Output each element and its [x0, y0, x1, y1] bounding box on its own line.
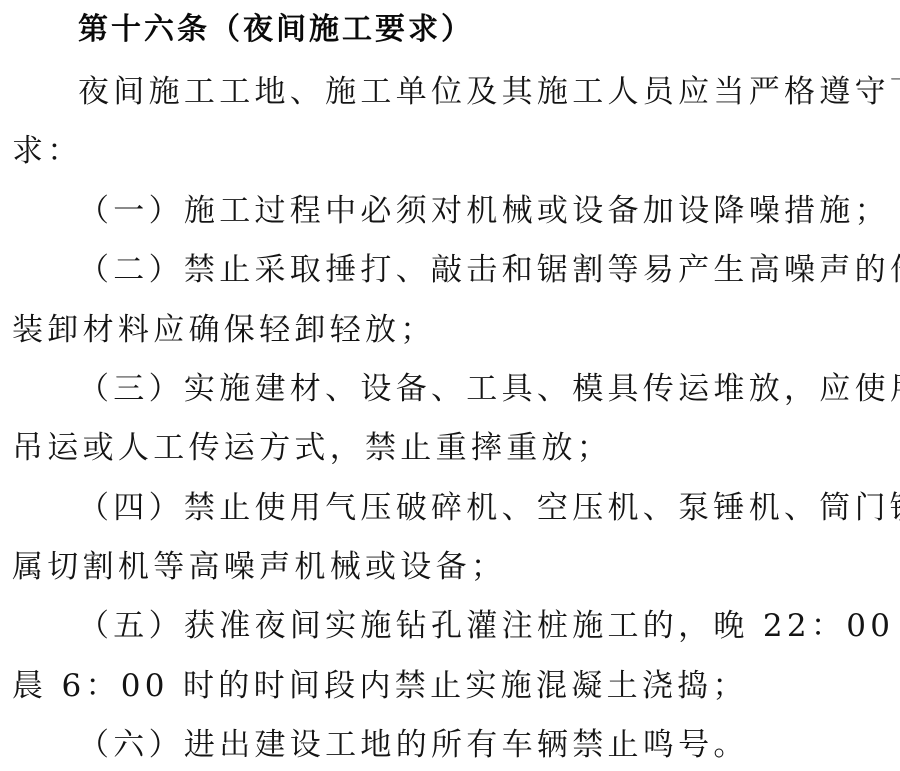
item-4-line-2: 属切割机等高噪声机械或设备； — [12, 547, 506, 587]
intro-line-1: 夜间施工工地、施工单位及其施工人员应当严格遵守下列要 — [78, 72, 900, 112]
document-page: 第十六条（夜间施工要求） 夜间施工工地、施工单位及其施工人员应当严格遵守下列要 … — [0, 0, 900, 771]
item-2-line-1: （二）禁止采取捶打、敲击和锯割等易产生高噪声的作业， — [78, 250, 900, 290]
item-2-line-2: 装卸材料应确保轻卸轻放； — [12, 310, 436, 350]
item-3-line-1: （三）实施建材、设备、工具、模具传运堆放，应使用机械 — [78, 369, 900, 409]
intro-line-2: 求： — [12, 131, 83, 171]
item-4-line-1: （四）禁止使用气压破碎机、空压机、泵锤机、筒门锯、金 — [78, 488, 900, 528]
item-5-line-2: 晨 6：00 时的时间段内禁止实施混凝土浇捣； — [12, 666, 748, 706]
item-1-line-1: （一）施工过程中必须对机械或设备加设降噪措施； — [78, 191, 890, 231]
item-6-line-1: （六）进出建设工地的所有车辆禁止鸣号。 — [78, 725, 749, 765]
article-heading: 第十六条（夜间施工要求） — [78, 10, 474, 50]
item-3-line-2: 吊运或人工传运方式，禁止重摔重放； — [12, 428, 612, 468]
item-5-line-1: （五）获准夜间实施钻孔灌注桩施工的，晚 22：00 时至次 — [78, 606, 900, 646]
